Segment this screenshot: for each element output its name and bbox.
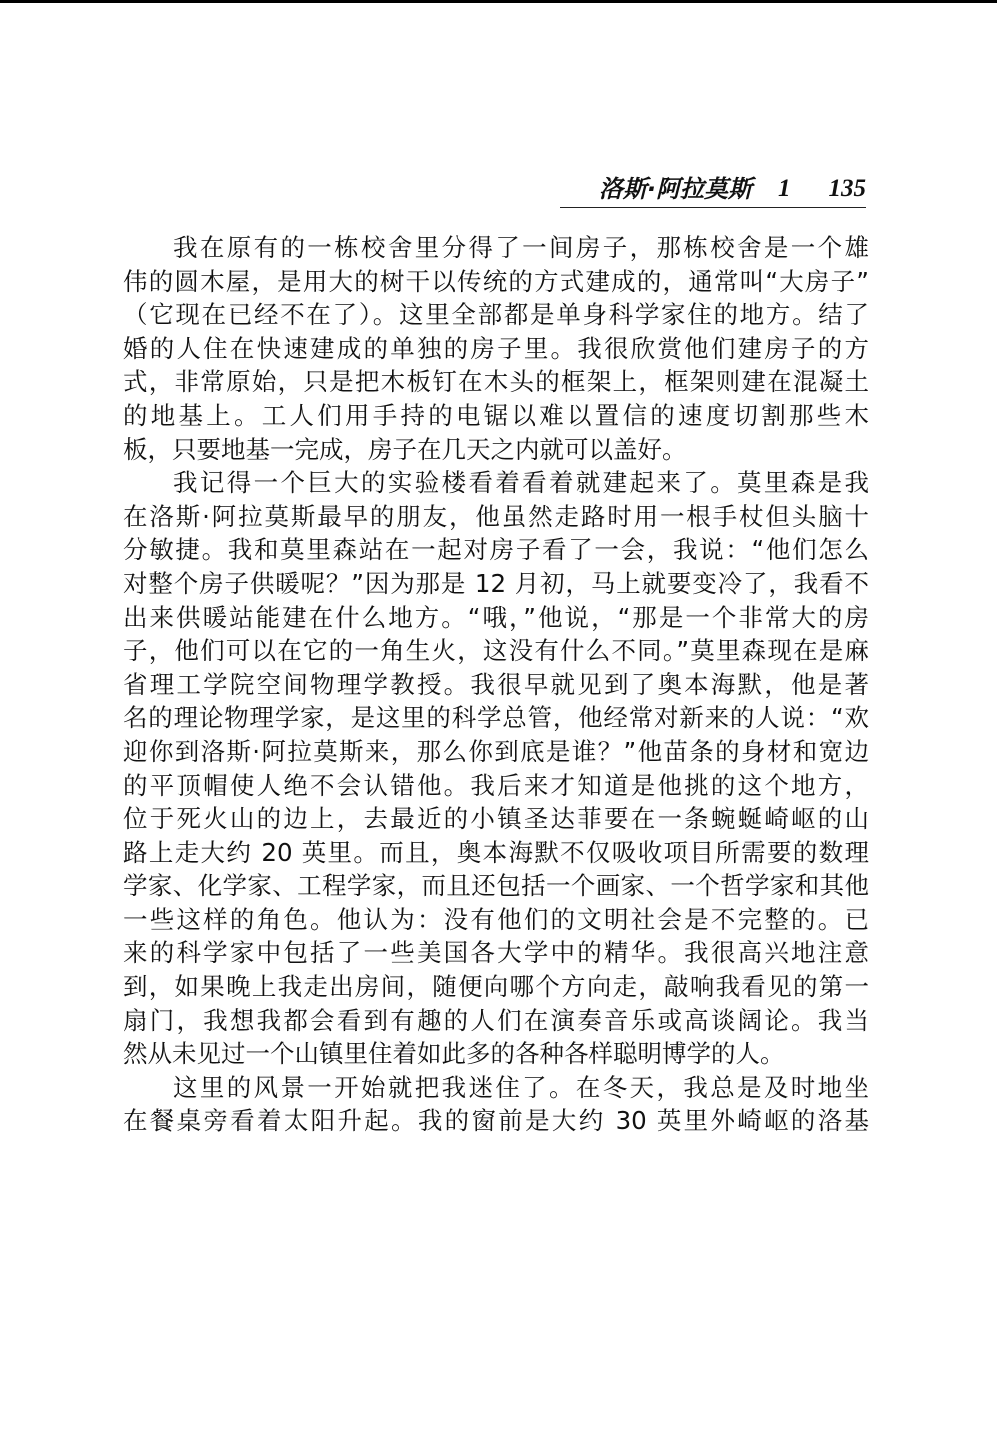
text-line: 板，只要地基一完成，房子在几天之内就可以盖好。 [123,433,869,467]
text-line: 伟的圆木屋，是用大的树干以传统的方式建成的，通常叫“大房子” [123,265,869,299]
body-text: 我在原有的一栋校舍里分得了一间房子，那栋校舍是一个雄 伟的圆木屋，是用大的树干以… [123,231,869,1138]
text-line: 分敏捷。我和莫里森站在一起对房子看了一会，我说：“他们怎么 [123,533,869,567]
text-line: 式，非常原始，只是把木板钉在木头的框架上，框架则建在混凝土 [123,365,869,399]
text-line: 的平顶帽使人绝不会认错他。我后来才知道是他挑的这个地方， [123,769,869,803]
text-line: 名的理论物理学家，是这里的科学总管，他经常对新来的人说：“欢 [123,701,869,735]
text-line: 的地基上。工人们用手持的电锯以难以置信的速度切割那些木 [123,399,869,433]
page-number: 135 [829,174,867,204]
running-head: 洛斯·阿拉莫斯 1 135 [560,172,866,208]
paragraph: 我在原有的一栋校舍里分得了一间房子，那栋校舍是一个雄 伟的圆木屋，是用大的树干以… [123,231,869,466]
running-head-part-number: 1 [778,174,791,204]
running-head-title: 洛斯·阿拉莫斯 [599,174,752,204]
paragraph: 我记得一个巨大的实验楼看着看着就建起来了。莫里森是我 在洛斯·阿拉莫斯最早的朋友… [123,466,869,1071]
text-line: 路上走大约 20 英里。而且，奥本海默不仅吸收项目所需要的数理 [123,836,869,870]
text-line: 迎你到洛斯·阿拉莫斯来，那么你到底是谁？”他苗条的身材和宽边 [123,735,869,769]
text-line: 来的科学家中包括了一些美国各大学中的精华。我很高兴地注意 [123,936,869,970]
text-line: 婚的人住在快速建成的单独的房子里。我很欣赏他们建房子的方 [123,332,869,366]
text-line: 我记得一个巨大的实验楼看着看着就建起来了。莫里森是我 [123,466,869,500]
text-line: 这里的风景一开始就把我迷住了。在冬天，我总是及时地坐 [123,1071,869,1105]
text-line: 在洛斯·阿拉莫斯最早的朋友，他虽然走路时用一根手杖但头脑十 [123,500,869,534]
text-line: 子，他们可以在它的一角生火，这没有什么不同。”莫里森现在是麻 [123,634,869,668]
text-line: 学家、化学家、工程学家，而且还包括一个画家、一个哲学家和其他 [123,869,869,903]
text-line: 到，如果晚上我走出房间，随便向哪个方向走，敲响我看见的第一 [123,970,869,1004]
text-line: 出来供暖站能建在什么地方。“哦，”他说，“那是一个非常大的房 [123,601,869,635]
text-line: 我在原有的一栋校舍里分得了一间房子，那栋校舍是一个雄 [123,231,869,265]
text-line: 一些这样的角色。他认为：没有他们的文明社会是不完整的。已 [123,903,869,937]
text-line: （它现在已经不在了）。这里全部都是单身科学家住的地方。结了 [123,298,869,332]
text-line: 扇门，我想我都会看到有趣的人们在演奏音乐或高谈阔论。我当 [123,1004,869,1038]
page-top-edge [0,0,997,3]
text-line: 位于死火山的边上，去最近的小镇圣达菲要在一条蜿蜒崎岖的山 [123,802,869,836]
text-line: 然从未见过一个山镇里住着如此多的各种各样聪明博学的人。 [123,1037,869,1071]
text-line: 对整个房子供暖呢？”因为那是 12 月初，马上就要变冷了，我看不 [123,567,869,601]
text-line: 在餐桌旁看着太阳升起。我的窗前是大约 30 英里外崎岖的洛基 [123,1104,869,1138]
text-line: 省理工学院空间物理学教授。我很早就见到了奥本海默，他是著 [123,668,869,702]
paragraph: 这里的风景一开始就把我迷住了。在冬天，我总是及时地坐 在餐桌旁看着太阳升起。我的… [123,1071,869,1138]
